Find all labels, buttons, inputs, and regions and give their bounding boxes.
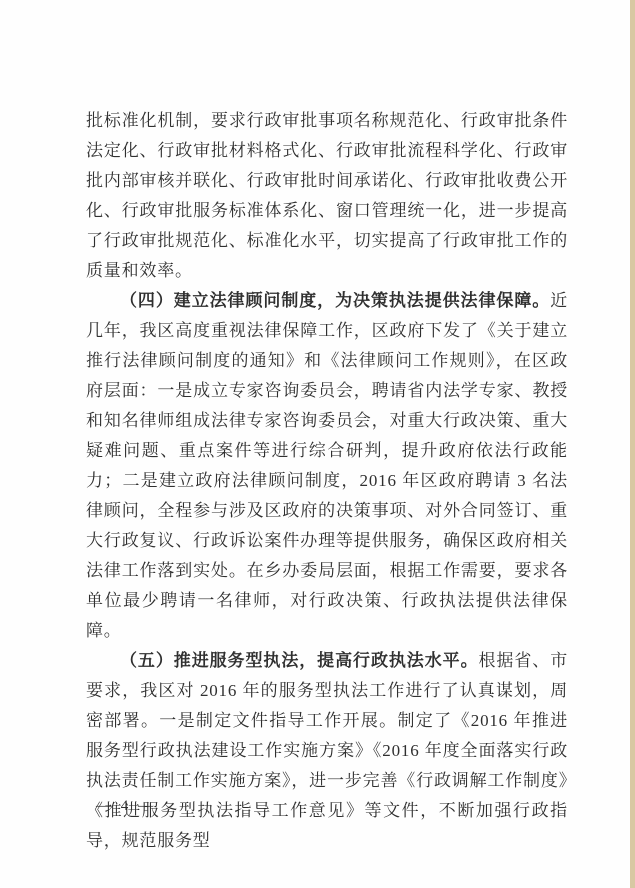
document-page: 批标准化机制，要求行政审批事项名称规范化、行政审批条件法定化、行政审批材料格式化… <box>0 0 635 888</box>
section-heading: （五）推进服务型执法，提高行政执法水平。 <box>120 651 479 670</box>
page-number: — 4 — <box>96 798 156 815</box>
paragraph: 批标准化机制，要求行政审批事项名称规范化、行政审批条件法定化、行政审批材料格式化… <box>86 106 568 286</box>
section-heading: （四）建立法律顾问制度，为决策执法提供法律保障。 <box>120 291 550 310</box>
body-text: 根据省、市要求，我区对 2016 年的服务型执法工作进行了认真谋划，周密部署。一… <box>86 651 568 850</box>
document-body: 批标准化机制，要求行政审批事项名称规范化、行政审批条件法定化、行政审批材料格式化… <box>86 106 568 856</box>
paragraph: （五）推进服务型执法，提高行政执法水平。根据省、市要求，我区对 2016 年的服… <box>86 646 568 856</box>
paragraph: （四）建立法律顾问制度，为决策执法提供法律保障。近几年，我区高度重视法律保障工作… <box>86 286 568 646</box>
page-edge <box>630 0 635 888</box>
body-text: 近几年，我区高度重视法律保障工作，区政府下发了《关于建立推行法律顾问制度的通知》… <box>86 291 568 640</box>
body-text: 批标准化机制，要求行政审批事项名称规范化、行政审批条件法定化、行政审批材料格式化… <box>86 111 568 280</box>
